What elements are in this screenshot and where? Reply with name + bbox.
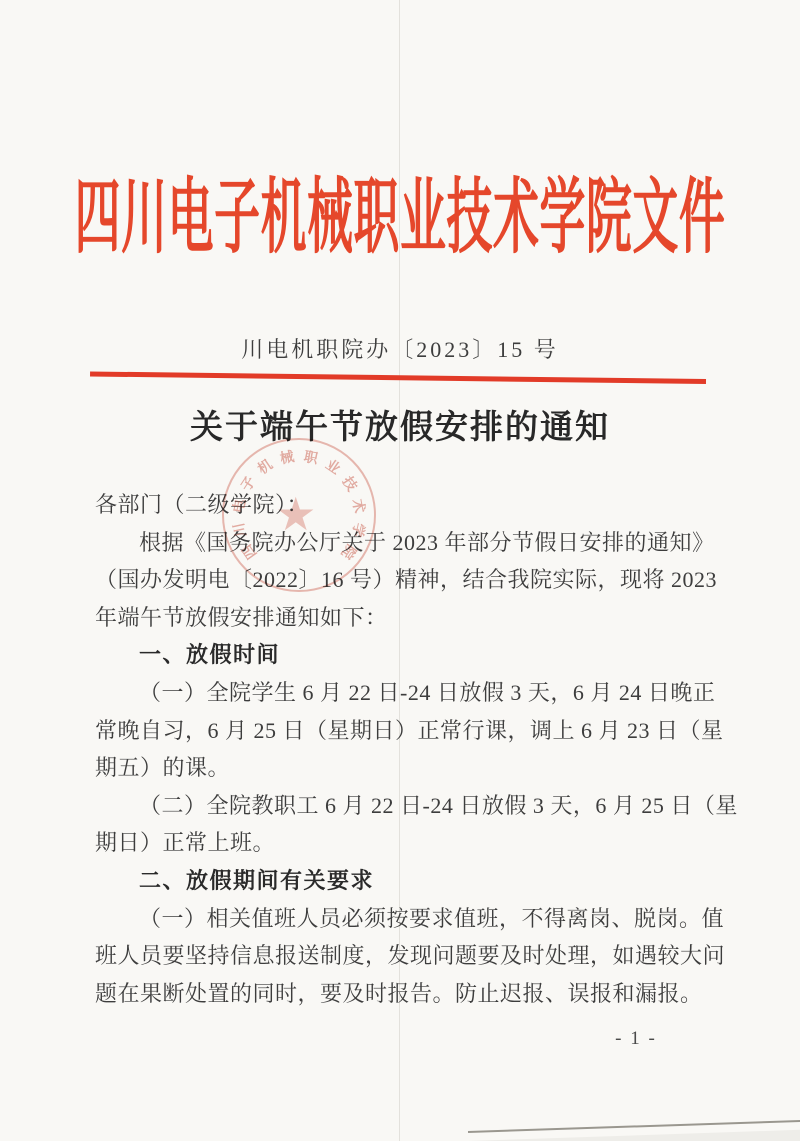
body-line: （国办发明电〔2022〕16 号）精神，结合我院实际，现将 2023	[95, 561, 711, 599]
scan-paper-edge	[468, 1120, 800, 1133]
body-line: 期五）的课。	[95, 749, 711, 787]
body-line: 题在果断处置的同时，要及时报告。防止迟报、误报和漏报。	[95, 975, 711, 1013]
body-line: 各部门（二级学院）：	[95, 486, 711, 524]
scanned-document-page: 四川电子机械职业技术学院文件 川电机职院办〔2023〕15 号 关于端午节放假安…	[0, 0, 800, 1141]
body-line: 班人员要坚持信息报送制度，发现问题要及时处理，如遇较大问	[95, 937, 711, 975]
masthead-title: 四川电子机械职业技术学院文件	[75, 177, 726, 259]
body-line: 一、放假时间	[95, 636, 711, 674]
notice-body: 各部门（二级学院）：根据《国务院办公厅关于 2023 年部分节假日安排的通知》（…	[95, 486, 711, 1012]
seal-character: 械	[278, 446, 296, 468]
body-line: 期日）正常上班。	[95, 824, 711, 862]
body-line: 根据《国务院办公厅关于 2023 年部分节假日安排的通知》	[95, 524, 711, 562]
body-line: （一）相关值班人员必须按要求值班，不得离岗、脱岗。值	[95, 900, 711, 938]
seal-character: 机	[253, 454, 276, 478]
body-line: （二）全院教职工 6 月 22 日-24 日放假 3 天，6 月 25 日（星	[95, 787, 711, 825]
notice-title: 关于端午节放假安排的通知	[0, 401, 800, 448]
page-number: - 1 -	[596, 1028, 676, 1050]
seal-character: 职	[302, 446, 320, 468]
seal-character: 业	[322, 454, 345, 478]
body-line: 常晚自习，6 月 25 日（星期日）正常行课，调上 6 月 23 日（星	[95, 712, 711, 750]
document-number: 川电机职院办〔2023〕15 号	[0, 333, 800, 364]
red-masthead: 四川电子机械职业技术学院文件	[0, 168, 800, 268]
body-line: 年端午节放假安排通知如下：	[95, 599, 711, 637]
body-line: 二、放假期间有关要求	[95, 862, 711, 900]
body-line: （一）全院学生 6 月 22 日-24 日放假 3 天，6 月 24 日晚正	[95, 674, 711, 712]
